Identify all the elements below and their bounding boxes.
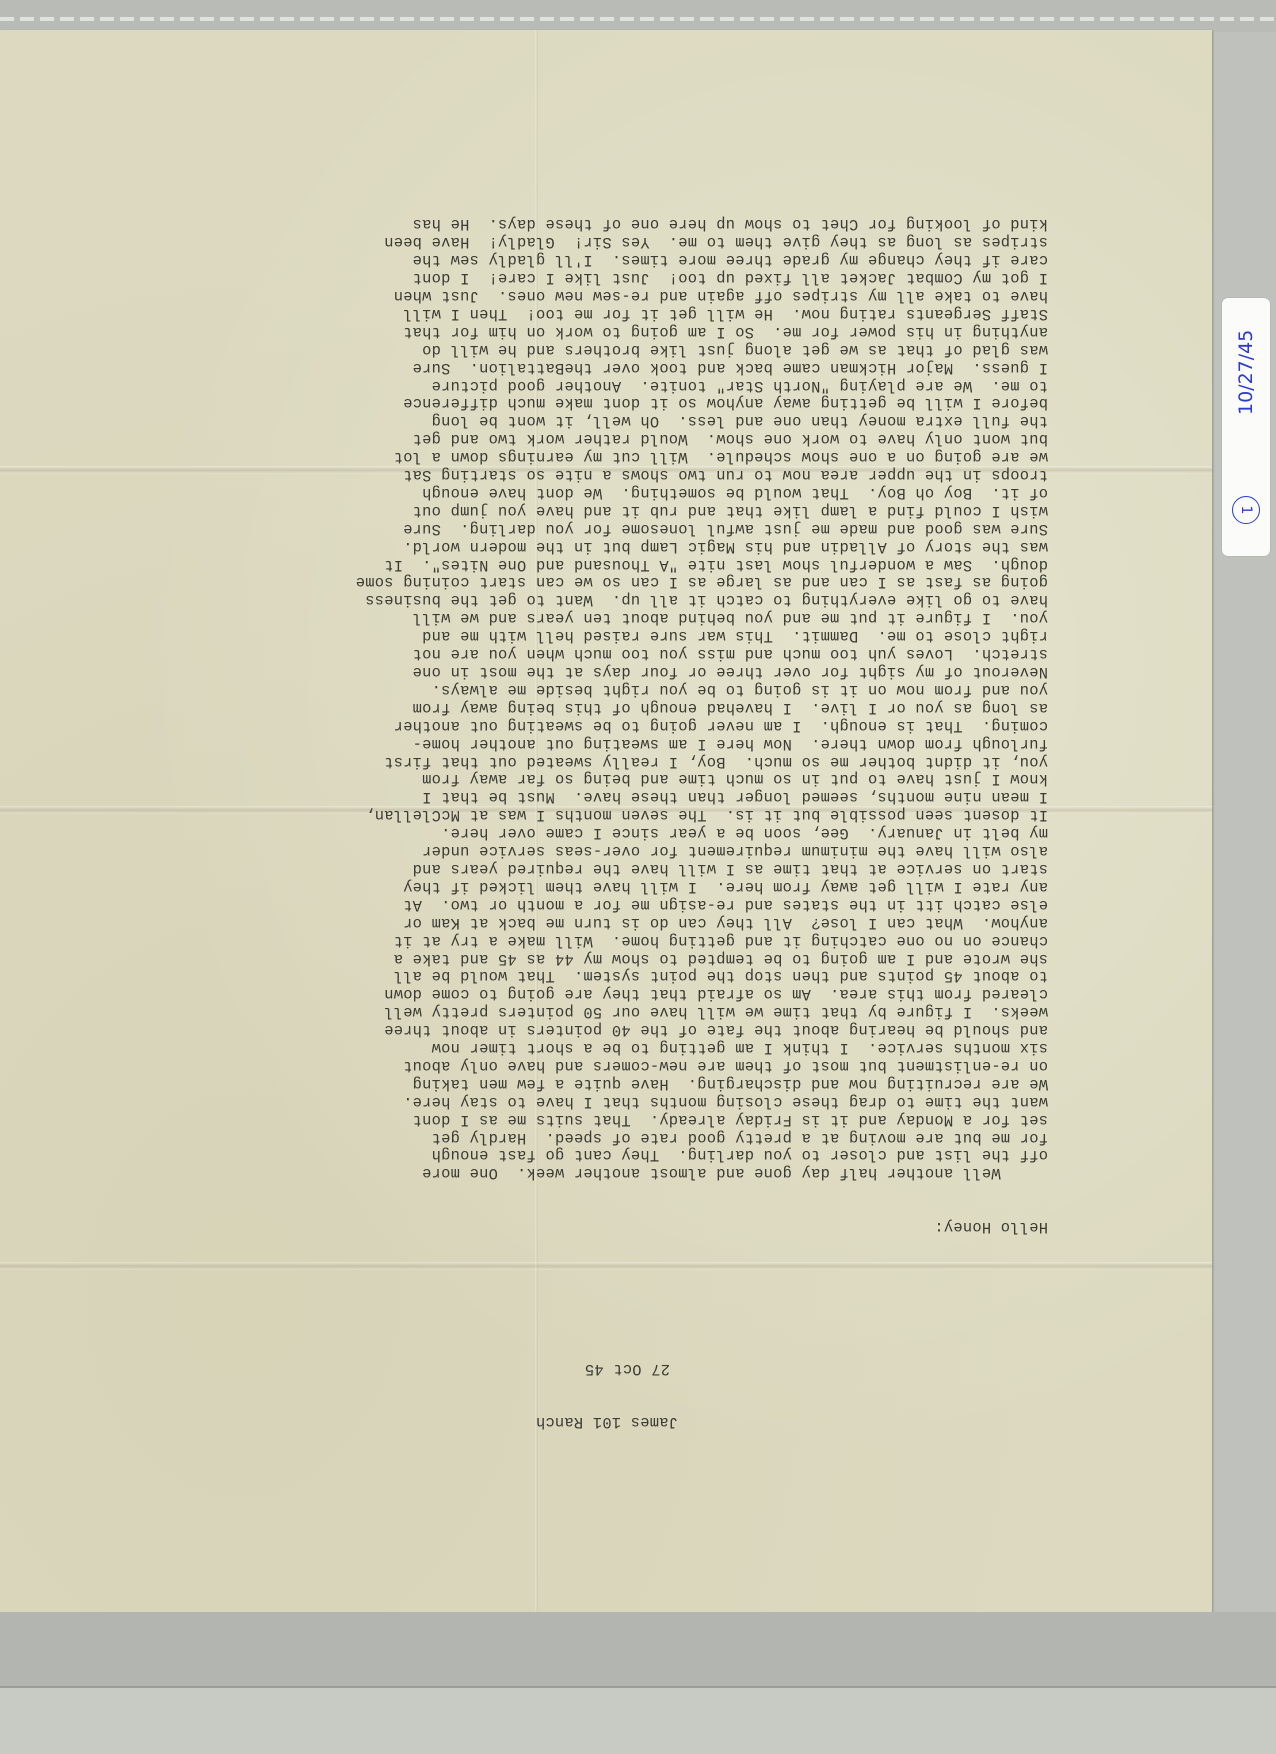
letter-line: care if they change my grade three more …	[148, 250, 1048, 268]
sleeve-perforation	[0, 17, 1276, 21]
letter-line: of it. Boy oh Boy. That would be somethi…	[148, 483, 1048, 501]
letter-line: was the story of Alladin and his Magic L…	[148, 537, 1048, 555]
letter-line: stretch. Loves yuh too much and miss you…	[148, 644, 1048, 662]
letter-rotated: James 101 Ranch 27 Oct 45 Hello Honey: W…	[0, 30, 1212, 1612]
letter-line: going as fast as I can and as large as I…	[148, 573, 1048, 591]
letter-line: coming. That is enough. I am never going…	[148, 716, 1048, 734]
letter-line: to about 45 points and then stop the poi…	[148, 967, 1048, 985]
date-line: 27 Oct 45	[148, 1359, 670, 1377]
letter-line: any rate I will get away from here. I wi…	[148, 877, 1048, 895]
letter-line: I guess. Major Hickman came back and too…	[148, 358, 1048, 376]
archive-label: 10/27/45 1	[1222, 298, 1270, 556]
letter-line: before I will be getting away anyhow so …	[148, 394, 1048, 412]
letter-paper: James 101 Ranch 27 Oct 45 Hello Honey: W…	[0, 30, 1212, 1612]
letter-line: troops in the upper area now to run two …	[148, 465, 1048, 483]
letter-line: furlough from down there. Now here I am …	[148, 734, 1048, 752]
letter-line: else catch itt in the states and re-asig…	[148, 895, 1048, 913]
letter-line: start on service at that time as I will …	[148, 859, 1048, 877]
handwritten-date: 10/27/45	[1230, 312, 1262, 432]
letter-line: know I just have to put in so much time …	[148, 770, 1048, 788]
sender-line: James 101 Ranch	[148, 1412, 678, 1430]
letter-line: also will have the minimum requirement f…	[148, 841, 1048, 859]
letter-line: We are recruiting now and discharging. H…	[148, 1074, 1048, 1092]
letter-header: James 101 Ranch 27 Oct 45	[148, 1323, 678, 1466]
scanner-sleeve-top	[0, 0, 1276, 32]
letter-line: six months service. I think I am getting…	[148, 1038, 1048, 1056]
letter-line: kind of looking for Chet to show up here…	[148, 214, 1048, 232]
letter-line: It dosent seen possible but it is. The s…	[148, 805, 1048, 823]
greeting: Hello Honey:	[148, 1217, 1048, 1235]
letter-line: want the time to drag these closing mont…	[148, 1092, 1048, 1110]
letter-line: off the list and closer to you darling. …	[148, 1146, 1048, 1164]
letter-line: right close to me. Dammit. This war sure…	[148, 626, 1048, 644]
letter-line: you. I figure it put me and you behind a…	[148, 608, 1048, 626]
scanner-bed	[0, 1686, 1276, 1754]
letter-text: James 101 Ranch 27 Oct 45 Hello Honey: W…	[148, 179, 1048, 1502]
letter-line: Staff Sergeants rating now. He will get …	[148, 304, 1048, 322]
letter-line: on re-enlistment but most of them are ne…	[148, 1056, 1048, 1074]
letter-line: Well another half day gone and almost an…	[148, 1164, 1048, 1182]
letter-line: for me but are moving at a pretty good r…	[148, 1128, 1048, 1146]
letter-line: Neverout of my sight for over three or f…	[148, 662, 1048, 680]
letter-body: Well another half day gone and almost an…	[148, 214, 1048, 1181]
letter-line: but wont only have to work one show. Wou…	[148, 429, 1048, 447]
letter-line: we are going on a one show schedule. Wil…	[148, 447, 1048, 465]
letter-line: set for a Monday and it is Friday alread…	[148, 1110, 1048, 1128]
letter-line: anyhow. What can I lose? All they can do…	[148, 913, 1048, 931]
letter-line: wish I could find a lamp like that and r…	[148, 501, 1048, 519]
letter-line: as long as you or I live. I havehad enou…	[148, 698, 1048, 716]
letter-line: you, it didnt bother me so much. Boy, I …	[148, 752, 1048, 770]
letter-line: chance on no one catching it and getting…	[148, 931, 1048, 949]
letter-line: dough. Saw a wonderful show last nite "A…	[148, 555, 1048, 573]
letter-line: to me. We are playing "North Star" tonit…	[148, 376, 1048, 394]
letter-line: Sure was good and made me just awful lon…	[148, 519, 1048, 537]
letter-line: you and from now on it is going to be yo…	[148, 680, 1048, 698]
letter-line: my belt in January. Gee, soon be a year …	[148, 823, 1048, 841]
letter-line: was glad of that as we get along just li…	[148, 340, 1048, 358]
letter-line: stripes as long as they give them to me.…	[148, 232, 1048, 250]
letter-line: have to go like everything to catch it a…	[148, 591, 1048, 609]
letter-line: the full extra money than one and less. …	[148, 411, 1048, 429]
letter-line: anything in his power for me. So I am go…	[148, 322, 1048, 340]
page-number-circle: 1	[1232, 496, 1260, 524]
letter-line: have to take all my stripes off again an…	[148, 286, 1048, 304]
letter-line: I got my Combat Jacket all fixed up too!…	[148, 268, 1048, 286]
letter-line: and should be hearing about the fate of …	[148, 1020, 1048, 1038]
letter-line: cleared from this area. Am so afraid tha…	[148, 984, 1048, 1002]
letter-line: I mean nine months, seemed longer than t…	[148, 787, 1048, 805]
letter-line: weeks. I figure by that time we will hav…	[148, 1002, 1048, 1020]
letter-line: she wrote and I am going to be tempted t…	[148, 949, 1048, 967]
